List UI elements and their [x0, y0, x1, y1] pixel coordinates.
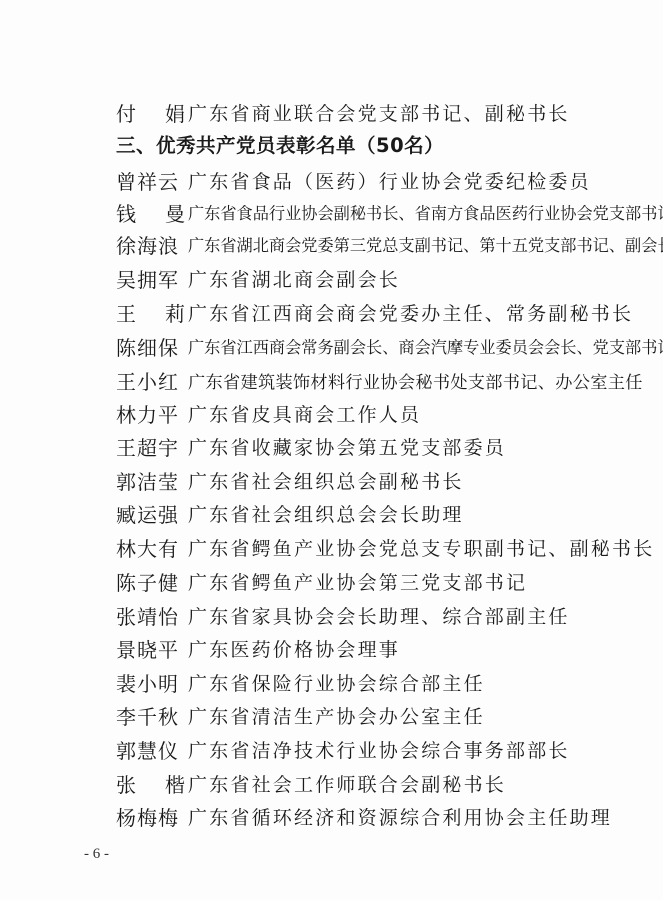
list-item: 张靖怡广东省家具协会会长助理、综合部副主任: [116, 599, 570, 631]
list-item: 李千秋广东省清洁生产协会办公室主任: [116, 699, 485, 731]
list-item: 陈细保广东省江西商会常务副会长、商会汽摩专业委员会会长、党支部书记: [116, 330, 663, 362]
document-page: 付 娟 广东省商业联合会党支部书记、副秘书长 三、优秀共产党员表彰名单（50名）…: [0, 0, 663, 900]
person-name: 李千秋: [116, 701, 186, 730]
person-position: 广东省收藏家协会第五党支部委员: [188, 433, 506, 460]
person-name: 王莉: [116, 298, 186, 327]
person-name: 张靖怡: [116, 601, 186, 630]
person-name: 王超宇: [116, 432, 186, 461]
person-position: 广东省食品（医药）行业协会党委纪检委员: [188, 167, 591, 194]
person-position: 广东省鳄鱼产业协会党总支专职副书记、副秘书长: [188, 534, 654, 561]
person-position: 广东省食品行业协会副秘书长、省南方食品医药行业协会党支部书记: [188, 200, 663, 224]
list-item: 臧运强广东省社会组织总会会长助理: [116, 497, 464, 529]
list-item: 王超宇广东省收藏家协会第五党支部委员: [116, 430, 506, 462]
page-number: - 6 -: [84, 846, 109, 863]
person-name: 钱曼: [116, 198, 186, 227]
person-name: 付 娟: [116, 98, 186, 127]
person-position: 广东省社会组织总会副秘书长: [188, 467, 464, 494]
person-position: 广东省鳄鱼产业协会第三党支部书记: [188, 568, 527, 595]
person-name: 郭洁莹: [116, 466, 186, 495]
list-item: 王小红广东省建筑装饰材料行业协会秘书处支部书记、办公室主任: [116, 364, 643, 396]
name-char: 莉: [165, 298, 186, 327]
name-char: 曼: [165, 198, 186, 227]
list-item: 杨梅梅广东省循环经济和资源综合利用协会主任助理: [116, 800, 612, 832]
person-position: 广东省社会组织总会会长助理: [188, 500, 464, 527]
person-position: 广东省社会工作师联合会副秘书长: [188, 770, 506, 797]
person-name: 林大有: [116, 533, 186, 562]
person-name: 杨梅梅: [116, 802, 186, 831]
list-item: 陈子健广东省鳄鱼产业协会第三党支部书记: [116, 565, 527, 597]
person-position: 广东省皮具商会工作人员: [188, 400, 421, 427]
list-item: 付 娟 广东省商业联合会党支部书记、副秘书长: [116, 96, 570, 128]
person-position: 广东省江西商会商会党委办主任、常务副秘书长: [188, 299, 633, 326]
list-item: 张楷广东省社会工作师联合会副秘书长: [116, 767, 506, 799]
person-name: 徐海浪: [116, 230, 186, 259]
person-name: 陈细保: [116, 332, 186, 361]
person-position: 广东省家具协会会长助理、综合部副主任: [188, 602, 570, 629]
list-item: 曾祥云广东省食品（医药）行业协会党委纪检委员: [116, 164, 591, 196]
person-name: 曾祥云: [116, 166, 186, 195]
person-name: 王小红: [116, 366, 186, 395]
person-position: 广东省商业联合会党支部书记、副秘书长: [188, 99, 570, 126]
list-item: 景晓平广东医药价格协会理事: [116, 632, 400, 664]
person-position: 广东省江西商会常务副会长、商会汽摩专业委员会会长、党支部书记: [188, 334, 663, 358]
list-item: 林大有广东省鳄鱼产业协会党总支专职副书记、副秘书长: [116, 531, 654, 563]
name-char: 付: [116, 98, 137, 127]
name-char: 娟: [165, 98, 186, 127]
person-name: 臧运强: [116, 499, 186, 528]
name-char: 王: [116, 298, 137, 327]
person-position: 广东省建筑装饰材料行业协会秘书处支部书记、办公室主任: [188, 368, 643, 393]
person-position: 广东医药价格协会理事: [188, 635, 400, 662]
name-char: 张: [116, 769, 137, 798]
list-item: 钱曼广东省食品行业协会副秘书长、省南方食品医药行业协会党支部书记: [116, 196, 663, 228]
person-position: 广东省保险行业协会综合部主任: [188, 669, 485, 696]
person-name: 郭慧仪: [116, 735, 186, 764]
section-heading: 三、优秀共产党员表彰名单（50名）: [116, 128, 444, 160]
person-position: 广东省湖北商会党委第三党总支副书记、第十五党支部书记、副会长: [188, 232, 663, 256]
person-name: 景晓平: [116, 634, 186, 663]
list-item: 裴小明广东省保险行业协会综合部主任: [116, 666, 485, 698]
list-item: 郭洁莹广东省社会组织总会副秘书长: [116, 464, 464, 496]
person-position: 广东省洁净技术行业协会综合事务部部长: [188, 736, 570, 763]
person-position: 广东省循环经济和资源综合利用协会主任助理: [188, 803, 612, 830]
person-name: 张楷: [116, 769, 186, 798]
name-char: 楷: [165, 769, 186, 798]
person-position: 广东省清洁生产协会办公室主任: [188, 702, 485, 729]
list-item: 郭慧仪广东省洁净技术行业协会综合事务部部长: [116, 733, 570, 765]
list-item: 王莉广东省江西商会商会党委办主任、常务副秘书长: [116, 296, 633, 328]
person-position: 广东省湖北商会副会长: [188, 265, 400, 292]
person-name: 吴拥军: [116, 264, 186, 293]
name-char: 钱: [116, 198, 137, 227]
person-name: 林力平: [116, 399, 186, 428]
person-name: 陈子健: [116, 567, 186, 596]
person-name: 裴小明: [116, 668, 186, 697]
list-item: 吴拥军广东省湖北商会副会长: [116, 262, 400, 294]
list-item: 徐海浪广东省湖北商会党委第三党总支副书记、第十五党支部书记、副会长: [116, 228, 663, 260]
list-item: 林力平广东省皮具商会工作人员: [116, 397, 421, 429]
